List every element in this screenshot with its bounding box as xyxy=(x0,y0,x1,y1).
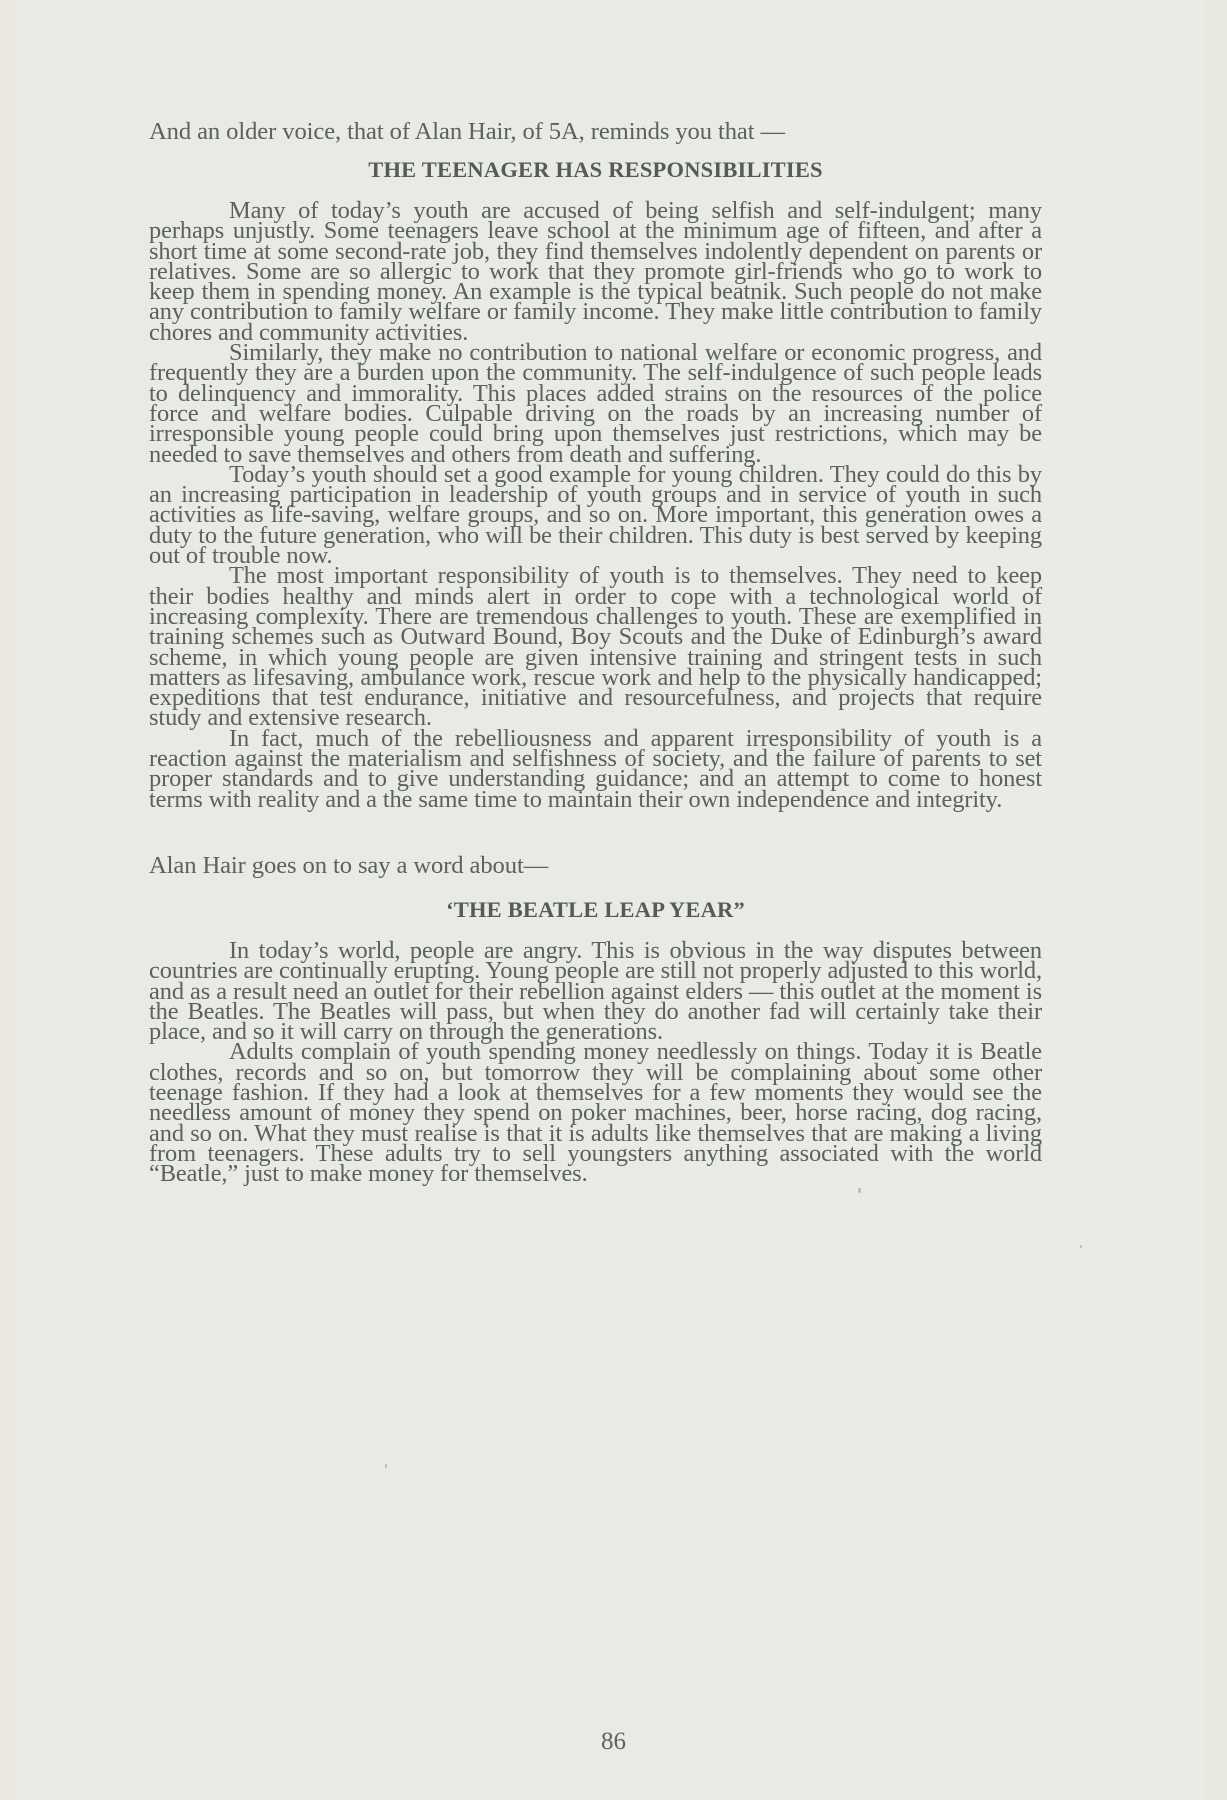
article-1-title: THE TEENAGER HAS RESPONSIBILITIES xyxy=(149,156,1042,184)
scanned-page: And an older voice, that of Alan Hair, o… xyxy=(0,0,1227,1800)
print-speck xyxy=(858,1188,861,1193)
print-speck xyxy=(1080,1245,1082,1248)
article-2-body: In today’s world, people are angry. This… xyxy=(149,941,1042,1185)
paragraph: The most important responsibility of you… xyxy=(149,566,1042,728)
paragraph: Today’s youth should set a good example … xyxy=(149,465,1042,566)
print-speck xyxy=(385,1464,387,1468)
article-1-intro: And an older voice, that of Alan Hair, o… xyxy=(149,118,1042,146)
article-1-body: Many of today’s youth are accused of bei… xyxy=(149,201,1042,810)
article-2-intro: Alan Hair goes on to say a word about— xyxy=(149,852,1042,880)
paragraph: Similarly, they make no contribution to … xyxy=(149,343,1042,465)
text-column: And an older voice, that of Alan Hair, o… xyxy=(149,118,1042,1184)
paragraph: In today’s world, people are angry. This… xyxy=(149,941,1042,1042)
page-number: 86 xyxy=(0,1728,1227,1756)
paragraph: In fact, much of the rebelliousness and … xyxy=(149,729,1042,810)
article-2-title: ‘THE BEATLE LEAP YEAR” xyxy=(149,896,1042,924)
paragraph: Adults complain of youth spending money … xyxy=(149,1042,1042,1184)
paragraph: Many of today’s youth are accused of bei… xyxy=(149,201,1042,343)
